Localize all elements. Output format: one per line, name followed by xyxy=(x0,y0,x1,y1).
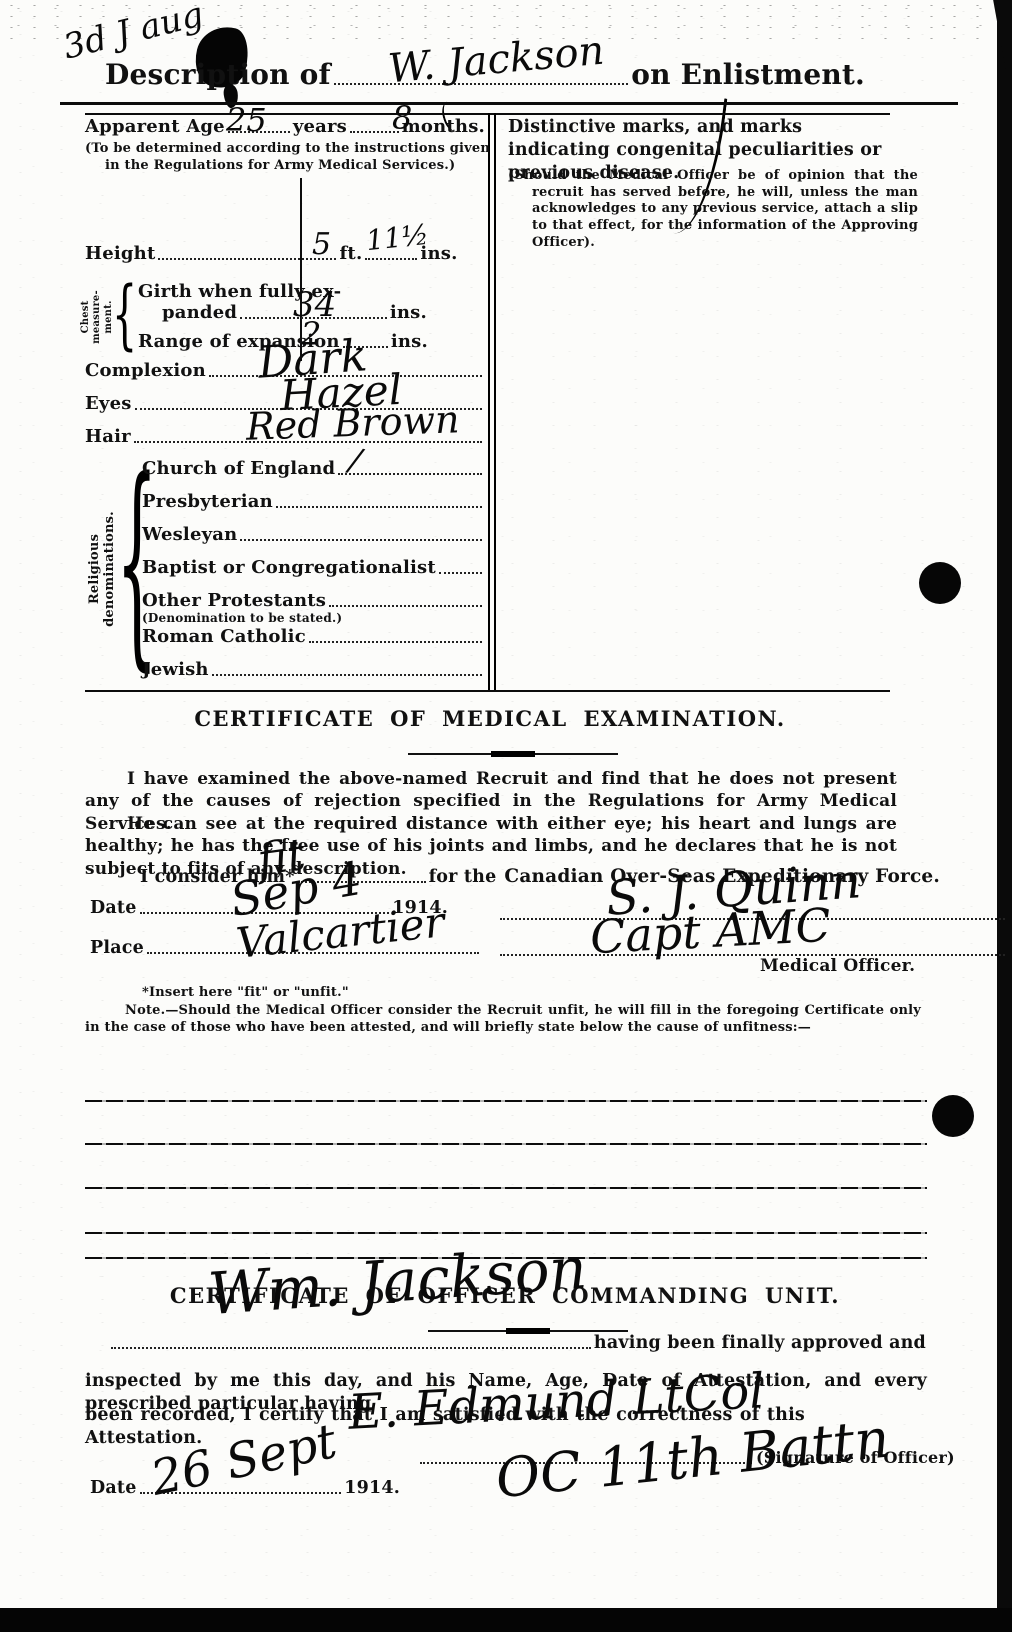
hair-value-handwritten: Red Brown xyxy=(245,400,460,445)
religion-label: Wesleyan xyxy=(142,524,237,545)
form-header-suffix: on Enlistment. xyxy=(631,58,865,91)
medical-title-rule xyxy=(408,753,618,755)
girth-label-line2: panded xyxy=(162,302,237,323)
range-unit: ins. xyxy=(391,331,428,352)
blank-line-4 xyxy=(85,1232,927,1234)
age-years-handwritten: 25 xyxy=(226,104,267,136)
chest-brace: { xyxy=(112,276,137,352)
co-recruit-name-handwritten: Wm. Jackson xyxy=(206,1239,588,1323)
scan-edge-right xyxy=(997,0,1012,1632)
table-bottom-rule xyxy=(85,690,890,692)
chest-measurement-side-label: Chest measure- ment. xyxy=(80,272,114,362)
religion-row-other-protestants: Other Protestants xyxy=(142,590,485,611)
mo-rank-handwritten: Capt AMC xyxy=(589,902,832,961)
co-date-label: Date xyxy=(90,1478,137,1498)
blank-line-1 xyxy=(85,1100,927,1102)
religion-row-jewish: Jewish xyxy=(142,659,485,680)
header-rule xyxy=(60,102,958,105)
religion-label: Other Protestants xyxy=(142,590,326,611)
unfit-note: Note.—Should the Medical Officer conside… xyxy=(85,1003,921,1036)
religion-row-presbyterian: Presbyterian xyxy=(142,491,485,512)
punch-hole-top xyxy=(919,562,961,604)
attestation-form-page: 3d J aug Description of on Enlistment. W… xyxy=(0,0,1012,1632)
apparent-age-row: Apparent Age years months. xyxy=(85,116,485,137)
height-feet-unit: ft. xyxy=(339,243,362,264)
other-protestants-note: (Denomination to be stated.) xyxy=(142,611,342,625)
fit-footnote: *Insert here "fit" or "unfit." xyxy=(142,985,349,1000)
co-title-rule xyxy=(428,1330,628,1332)
height-label: Height xyxy=(85,243,155,264)
age-months-handwritten: 8 xyxy=(392,102,412,134)
distinctive-marks-note: (Should the Medical Officer be of opinio… xyxy=(508,168,918,251)
scan-edge-bottom xyxy=(0,1608,1012,1632)
months-unit: months. xyxy=(402,116,485,137)
table-center-divider xyxy=(488,113,496,690)
height-feet-handwritten: 5 xyxy=(312,230,331,260)
religion-row-church-of-england: Church of England xyxy=(142,458,485,479)
date-label: Date xyxy=(90,898,137,918)
blank-line-2 xyxy=(85,1143,927,1145)
apparent-age-note: (To be determined according to the instr… xyxy=(85,141,509,174)
religion-row-roman-catholic: Roman Catholic xyxy=(142,626,485,647)
blank-line-3 xyxy=(85,1187,927,1189)
religion-row-baptist: Baptist or Congregationalist xyxy=(142,557,485,578)
religion-label: Roman Catholic xyxy=(142,626,306,647)
height-inches-handwritten: 11½ xyxy=(365,221,430,255)
complexion-label: Complexion xyxy=(85,360,206,381)
apparent-age-label: Apparent Age xyxy=(85,116,225,137)
religion-row-wesleyan: Wesleyan xyxy=(142,524,485,545)
co-approved-row: having been finally approved and xyxy=(108,1333,926,1353)
religion-label: Jewish xyxy=(142,659,209,680)
co-date-year: 1914. xyxy=(344,1478,400,1498)
religion-label: Baptist or Congregationalist xyxy=(142,557,436,578)
girth-unit: ins. xyxy=(390,302,427,323)
co-approved-text: having been finally approved and xyxy=(594,1333,926,1353)
religion-label: Presbyterian xyxy=(142,491,273,512)
consider-mid: for the xyxy=(429,867,497,887)
religion-side-label: Religious denominations. xyxy=(86,484,120,654)
religion-label: Church of England xyxy=(142,458,335,479)
form-header-prefix: Description of xyxy=(105,58,331,91)
eyes-label: Eyes xyxy=(85,393,132,414)
years-unit: years xyxy=(293,116,347,137)
place-label: Place xyxy=(90,938,144,958)
punch-hole-bottom xyxy=(932,1095,974,1137)
medical-officer-label: Medical Officer. xyxy=(760,956,915,976)
medical-certificate-title: CERTIFICATE OF MEDICAL EXAMINATION. xyxy=(85,706,895,731)
